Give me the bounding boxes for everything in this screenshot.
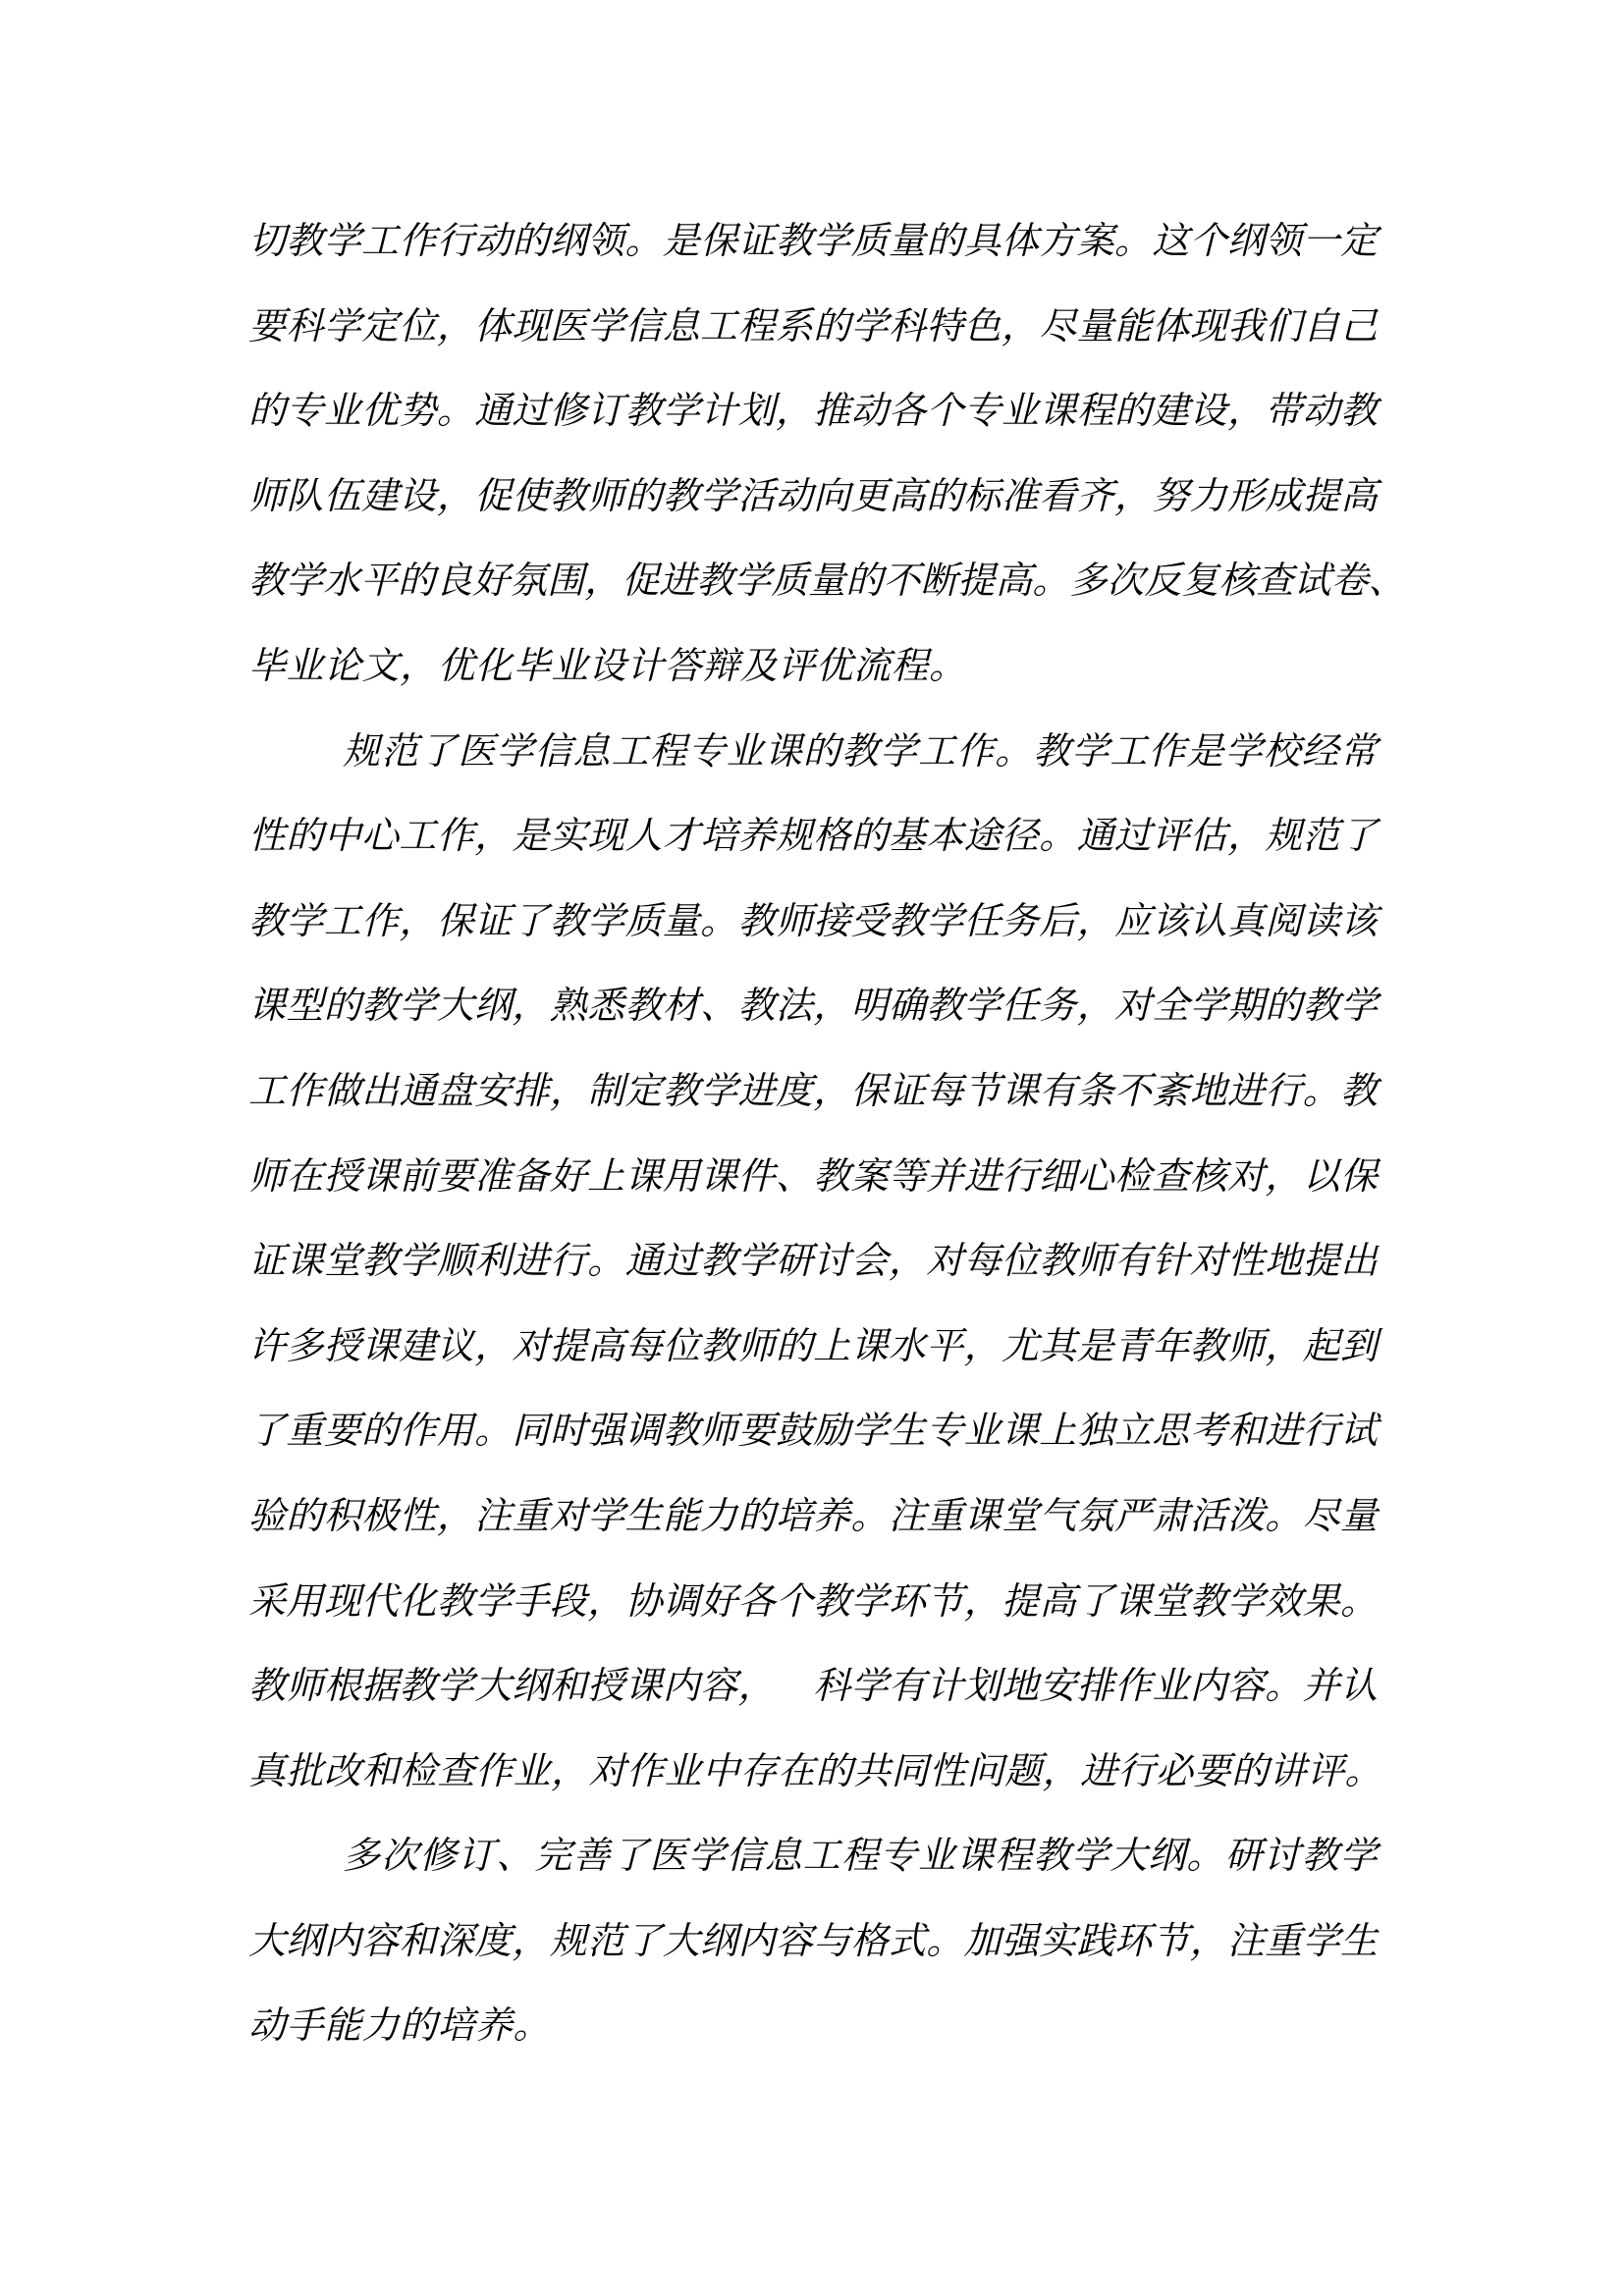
text-line: 多次修订、完善了医学信息工程专业课程教学大纲。研讨教学	[248, 1814, 1378, 1899]
text-line: 验的积极性，注重对学生能力的培养。注重课堂气氛严肃活泼。尽量	[248, 1474, 1378, 1560]
text-line: 采用现代化教学手段，协调好各个教学环节，提高了课堂教学效果。	[248, 1560, 1378, 1645]
text-line: 的专业优势。通过修订教学计划，推动各个专业课程的建设，带动教	[248, 369, 1378, 454]
text-line: 了重要的作用。同时强调教师要鼓励学生专业课上独立思考和进行试	[248, 1389, 1378, 1474]
text-line: 教师根据教学大纲和授课内容， 科学有计划地安排作业内容。并认	[248, 1644, 1378, 1730]
text-line: 要科学定位，体现医学信息工程系的学科特色，尽量能体现我们自己	[248, 285, 1378, 370]
text-line: 教学工作，保证了教学质量。教师接受教学任务后，应该认真阅读该	[248, 880, 1378, 965]
text-line: 毕业论文，优化毕业设计答辩及评优流程。	[248, 624, 1378, 710]
text-line: 许多授课建议，对提高每位教师的上课水平，尤其是青年教师，起到	[248, 1305, 1378, 1390]
text-line: 性的中心工作，是实现人才培养规格的基本途径。通过评估，规范了	[248, 794, 1378, 880]
text-line: 课型的教学大纲，熟悉教材、教法，明确教学任务，对全学期的教学	[248, 964, 1378, 1049]
text-line: 教学水平的良好氛围，促进教学质量的不断提高。多次反复核查试卷、	[248, 539, 1378, 624]
text-line: 师在授课前要准备好上课用课件、教案等并进行细心检查核对，以保	[248, 1135, 1378, 1220]
text-line: 证课堂教学顺利进行。通过教学研讨会，对每位教师有针对性地提出	[248, 1219, 1378, 1305]
document-page: 切教学工作行动的纲领。是保证教学质量的具体方案。这个纲领一定要科学定位，体现医学…	[0, 0, 1624, 2296]
text-line: 切教学工作行动的纲领。是保证教学质量的具体方案。这个纲领一定	[248, 199, 1378, 285]
text-block: 切教学工作行动的纲领。是保证教学质量的具体方案。这个纲领一定要科学定位，体现医学…	[248, 199, 1378, 2069]
text-line: 动手能力的培养。	[248, 1984, 1378, 2069]
text-line: 大纲内容和深度，规范了大纲内容与格式。加强实践环节，注重学生	[248, 1899, 1378, 1985]
text-line: 师队伍建设，促使教师的教学活动向更高的标准看齐，努力形成提高	[248, 454, 1378, 540]
text-line: 真批改和检查作业，对作业中存在的共同性问题，进行必要的讲评。	[248, 1730, 1378, 1815]
text-line: 工作做出通盘安排，制定教学进度，保证每节课有条不紊地进行。教	[248, 1049, 1378, 1135]
text-line: 规范了医学信息工程专业课的教学工作。教学工作是学校经常	[248, 710, 1378, 795]
